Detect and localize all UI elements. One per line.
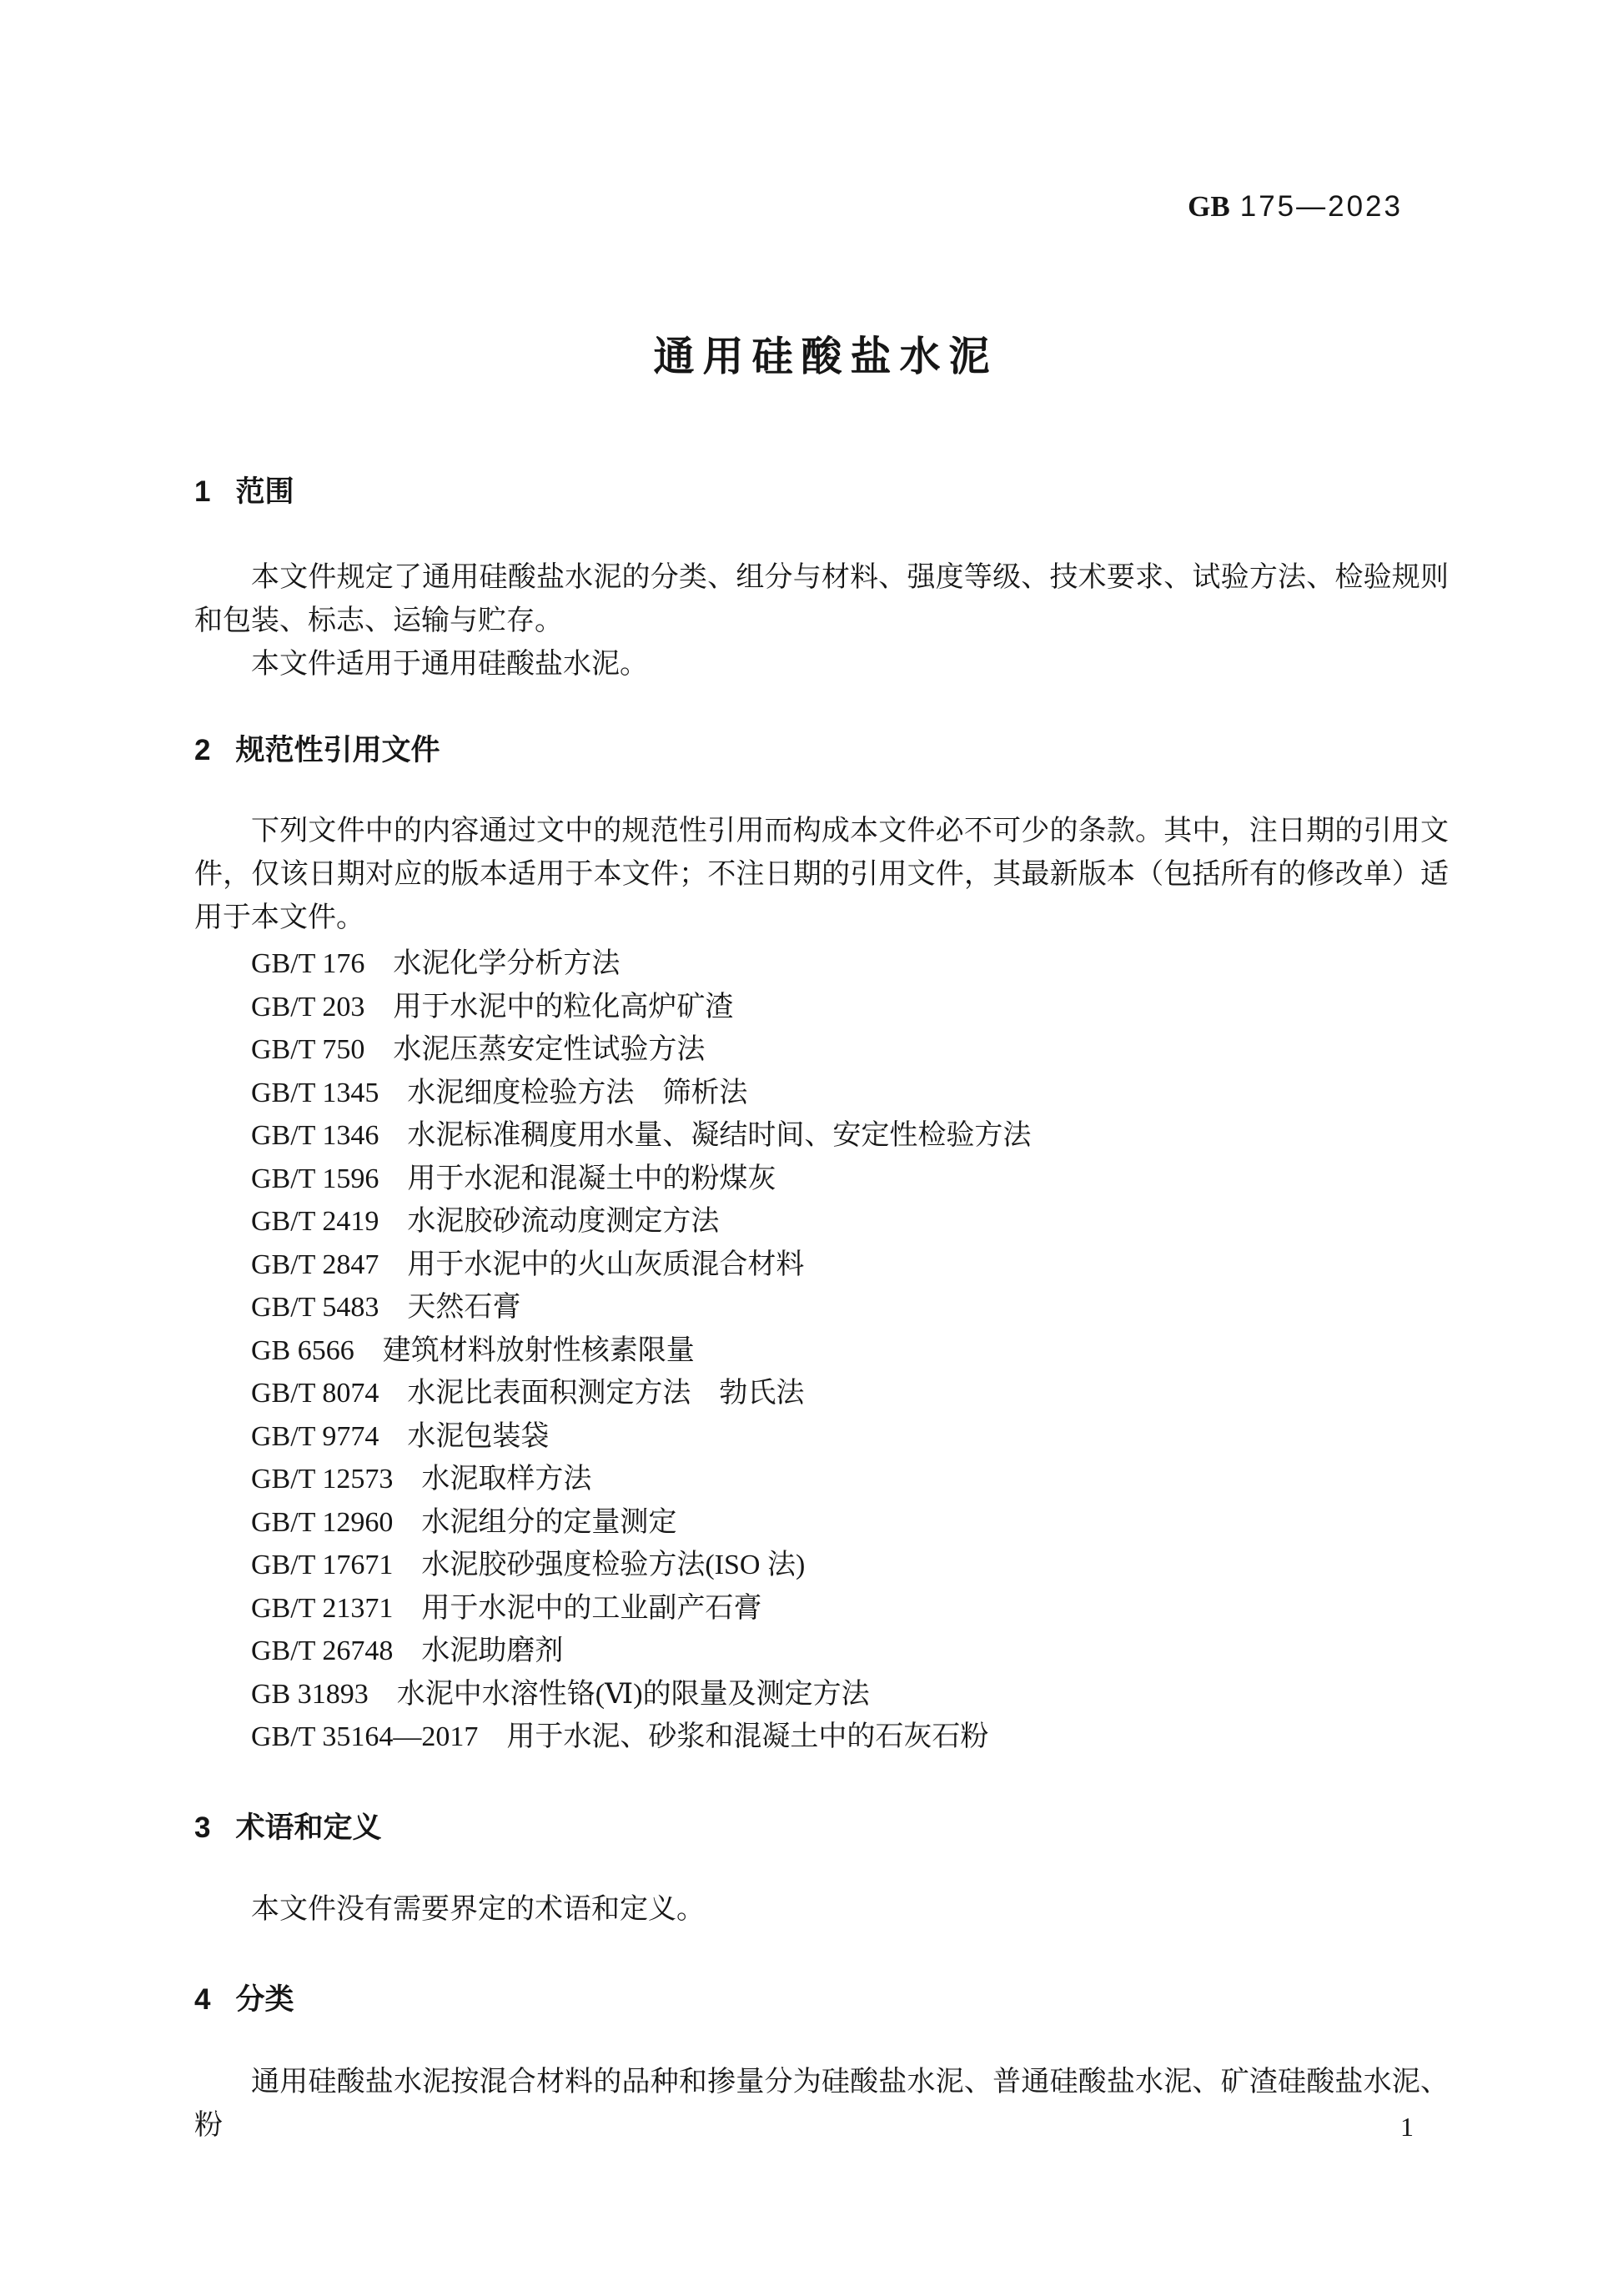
reference-name: 建筑材料放射性核素限量 [383, 1335, 695, 1366]
reference-name: 水泥比表面积测定方法 勃氏法 [407, 1378, 804, 1409]
document-title: 通用硅酸盐水泥 [194, 334, 1449, 379]
reference-item: GB/T 1345水泥细度检验方法 筛析法 [251, 1072, 1449, 1115]
reference-code: GB/T 2419 [251, 1206, 379, 1237]
page-number: 1 [194, 2108, 1449, 2145]
references-intro-paragraph: 下列文件中的内容通过文中的规范性引用而构成本文件必不可少的条款。其中，注日期的引… [194, 810, 1449, 940]
reference-name: 用于水泥中的工业副产石膏 [421, 1593, 761, 1624]
reference-name: 水泥压蒸安定性试验方法 [393, 1034, 705, 1065]
terms-paragraph: 本文件没有需要界定的术语和定义。 [194, 1888, 1449, 1932]
reference-item: GB/T 21371用于水泥中的工业副产石膏 [251, 1587, 1449, 1630]
reference-name: 水泥助磨剂 [421, 1635, 563, 1666]
reference-item: GB/T 12960水泥组分的定量测定 [251, 1501, 1449, 1545]
reference-name: 水泥中水溶性铬(Ⅵ)的限量及测定方法 [397, 1679, 870, 1710]
section-2-intro: 下列文件中的内容通过文中的规范性引用而构成本文件必不可少的条款。其中，注日期的引… [194, 810, 1449, 940]
reference-name: 水泥化学分析方法 [393, 948, 620, 979]
reference-code: GB 6566 [251, 1335, 354, 1366]
standard-code-number: 175—2023 [1240, 190, 1403, 223]
section-4-title: 分类 [235, 1983, 294, 2016]
section-2-title: 规范性引用文件 [235, 734, 440, 766]
reference-name: 用于水泥中的粒化高炉矿渣 [393, 992, 733, 1022]
section-2-number: 2 [194, 729, 210, 772]
scope-paragraph-1: 本文件规定了通用硅酸盐水泥的分类、组分与材料、强度等级、技术要求、试验方法、检验… [194, 556, 1449, 643]
reference-item: GB/T 8074水泥比表面积测定方法 勃氏法 [251, 1372, 1449, 1415]
standard-code-prefix: GB [1188, 190, 1230, 223]
scope-paragraph-2: 本文件适用于通用硅酸盐水泥。 [194, 643, 1449, 686]
reference-name: 水泥细度检验方法 筛析法 [407, 1078, 747, 1108]
section-3-body: 本文件没有需要界定的术语和定义。 [194, 1888, 1449, 1932]
section-3-heading: 3术语和定义 [194, 1806, 1449, 1850]
reference-code: GB/T 8074 [251, 1378, 379, 1409]
reference-item: GB 31893水泥中水溶性铬(Ⅵ)的限量及测定方法 [251, 1673, 1449, 1716]
reference-name: 用于水泥、砂浆和混凝土中的石灰石粉 [506, 1721, 988, 1752]
reference-name: 水泥包装袋 [407, 1421, 549, 1452]
reference-code: GB/T 17671 [251, 1550, 393, 1580]
reference-name: 水泥取样方法 [421, 1464, 591, 1495]
reference-item: GB/T 9774水泥包装袋 [251, 1415, 1449, 1459]
reference-code: GB/T 203 [251, 992, 364, 1022]
section-3-number: 3 [194, 1806, 210, 1850]
section-1-body: 本文件规定了通用硅酸盐水泥的分类、组分与材料、强度等级、技术要求、试验方法、检验… [194, 556, 1449, 686]
reference-code: GB/T 26748 [251, 1635, 393, 1666]
reference-code: GB/T 1596 [251, 1163, 379, 1194]
reference-name: 水泥组分的定量测定 [421, 1507, 676, 1538]
reference-item: GB/T 26748水泥助磨剂 [251, 1630, 1449, 1673]
reference-code: GB/T 21371 [251, 1593, 393, 1624]
reference-code: GB/T 9774 [251, 1421, 379, 1452]
reference-item: GB/T 17671水泥胶砂强度检验方法(ISO 法) [251, 1544, 1449, 1587]
reference-item: GB/T 203用于水泥中的粒化高炉矿渣 [251, 986, 1449, 1029]
reference-code: GB/T 1345 [251, 1078, 379, 1108]
reference-code: GB/T 1346 [251, 1120, 379, 1151]
reference-code: GB/T 750 [251, 1034, 364, 1065]
reference-item: GB/T 2847用于水泥中的火山灰质混合材料 [251, 1243, 1449, 1287]
reference-name: 天然石膏 [407, 1292, 520, 1323]
standard-code: GB175—2023 [194, 188, 1449, 225]
reference-code: GB/T 5483 [251, 1292, 379, 1323]
section-4-number: 4 [194, 1978, 210, 2022]
reference-name: 水泥胶砂流动度测定方法 [407, 1206, 719, 1237]
reference-code: GB/T 2847 [251, 1249, 379, 1280]
reference-code: GB 31893 [251, 1679, 369, 1710]
reference-code: GB/T 12960 [251, 1507, 393, 1538]
reference-item: GB/T 2419水泥胶砂流动度测定方法 [251, 1200, 1449, 1243]
reference-code: GB/T 176 [251, 948, 364, 979]
reference-item: GB/T 176水泥化学分析方法 [251, 942, 1449, 986]
reference-item: GB/T 1596用于水泥和混凝土中的粉煤灰 [251, 1158, 1449, 1201]
section-1-number: 1 [194, 470, 210, 514]
reference-name: 用于水泥和混凝土中的粉煤灰 [407, 1163, 776, 1194]
reference-code: GB/T 35164—2017 [251, 1721, 478, 1752]
reference-item: GB/T 35164—2017用于水泥、砂浆和混凝土中的石灰石粉 [251, 1716, 1449, 1759]
reference-item: GB 6566建筑材料放射性核素限量 [251, 1329, 1449, 1373]
standard-document-page: GB175—2023 通用硅酸盐水泥 1范围 本文件规定了通用硅酸盐水泥的分类、… [0, 0, 1623, 2296]
reference-list: GB/T 176水泥化学分析方法 GB/T 203用于水泥中的粒化高炉矿渣 GB… [194, 942, 1449, 1759]
section-2-heading: 2规范性引用文件 [194, 729, 1449, 772]
section-1-heading: 1范围 [194, 470, 1449, 514]
section-4-heading: 4分类 [194, 1978, 1449, 2022]
reference-name: 水泥标准稠度用水量、凝结时间、安定性检验方法 [407, 1120, 1031, 1151]
reference-item: GB/T 12573水泥取样方法 [251, 1458, 1449, 1501]
section-1-title: 范围 [235, 475, 294, 508]
section-3-title: 术语和定义 [235, 1811, 381, 1844]
reference-name: 用于水泥中的火山灰质混合材料 [407, 1249, 804, 1280]
reference-code: GB/T 12573 [251, 1464, 393, 1495]
reference-item: GB/T 5483天然石膏 [251, 1286, 1449, 1329]
reference-item: GB/T 750水泥压蒸安定性试验方法 [251, 1028, 1449, 1072]
reference-name: 水泥胶砂强度检验方法(ISO 法) [421, 1550, 805, 1580]
reference-item: GB/T 1346水泥标准稠度用水量、凝结时间、安定性检验方法 [251, 1114, 1449, 1158]
